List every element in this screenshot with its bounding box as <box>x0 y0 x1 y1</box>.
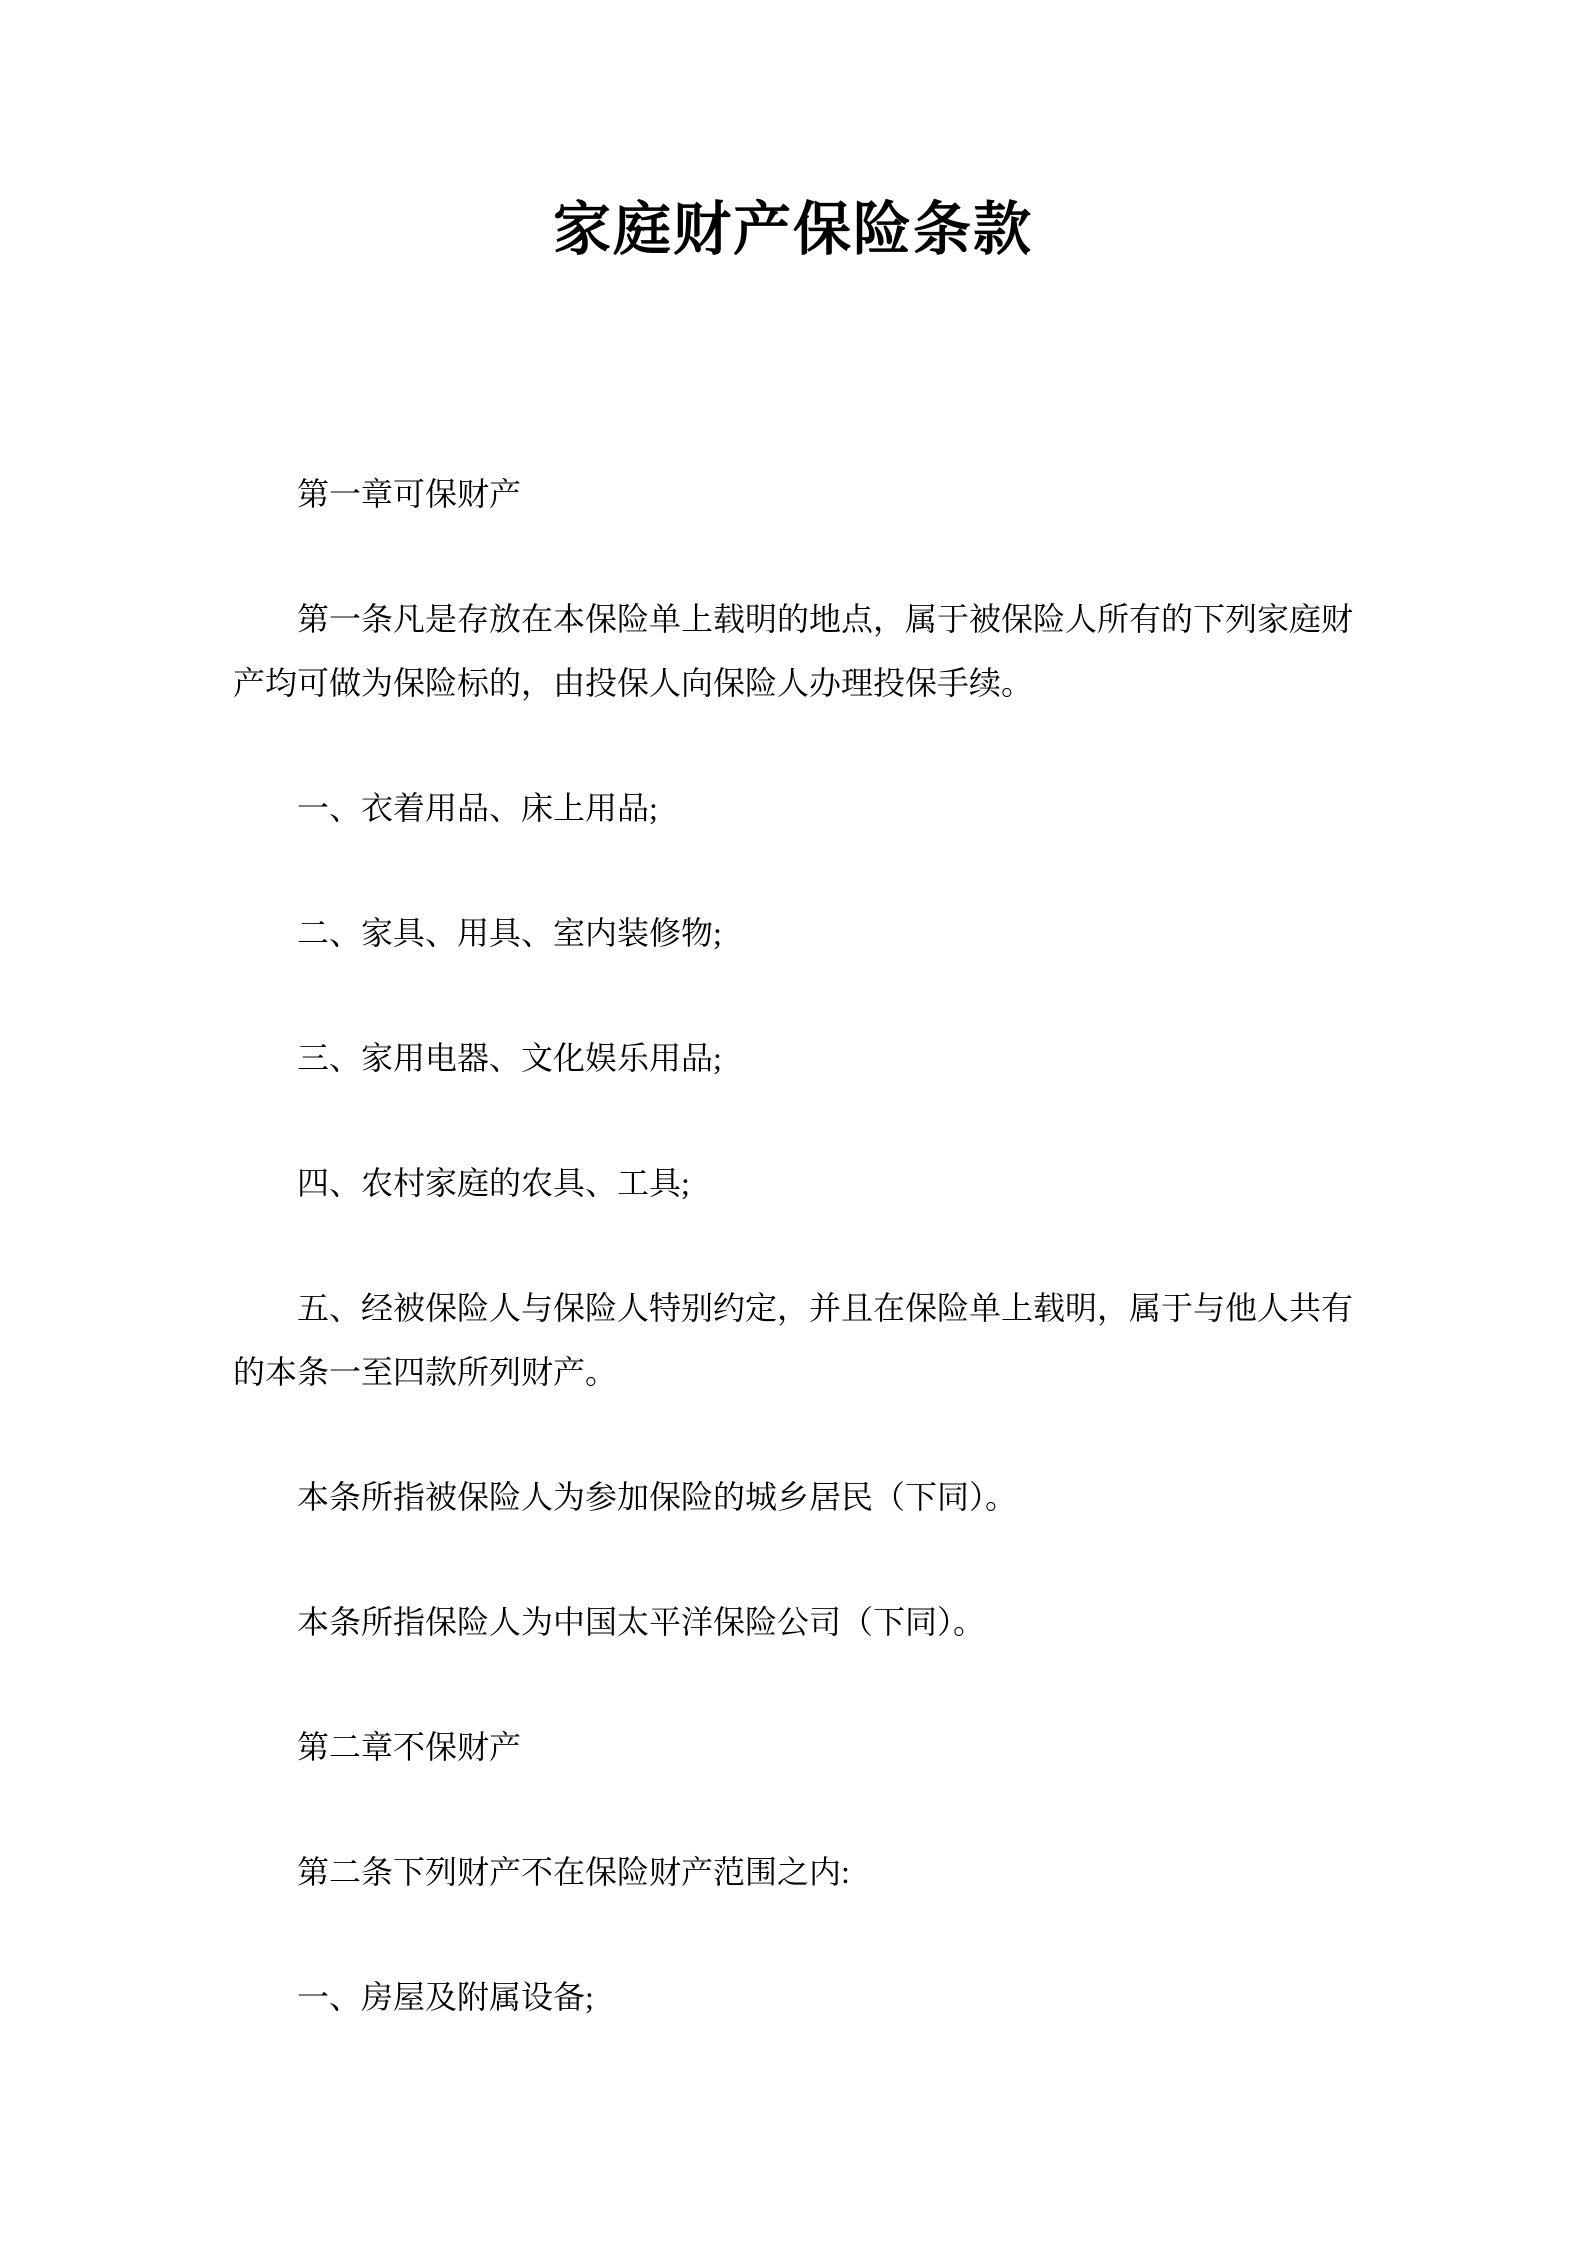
list-item-5: 五、经被保险人与保险人特别约定，并且在保险单上载明，属于与他人共有 的本条一至四… <box>233 1276 1353 1404</box>
text-line: 三、家用电器、文化娱乐用品; <box>233 1026 1353 1090</box>
text-line: 一、房屋及附属设备; <box>233 1965 1353 2029</box>
chapter-2-heading: 第二章不保财产 <box>233 1715 1353 1779</box>
list-item-1: 一、衣着用品、床上用品; <box>233 776 1353 840</box>
text-line: 第二条下列财产不在保险财产范围之内: <box>233 1840 1353 1904</box>
list-item-4: 四、农村家庭的农具、工具; <box>233 1151 1353 1215</box>
paragraph-article-1: 第一条凡是存放在本保险单上载明的地点，属于被保险人所有的下列家庭财 产均可做为保… <box>233 587 1353 715</box>
text-line: 的本条一至四款所列财产。 <box>233 1340 1353 1404</box>
text-line: 五、经被保险人与保险人特别约定，并且在保险单上载明，属于与他人共有 <box>233 1276 1353 1340</box>
document-content: 家庭财产保险条款 第一章可保财产 第一条凡是存放在本保险单上载明的地点，属于被保… <box>0 0 1586 2029</box>
text-line: 第二章不保财产 <box>233 1715 1353 1779</box>
paragraph-article-2: 第二条下列财产不在保险财产范围之内: <box>233 1840 1353 1904</box>
text-line: 第一章可保财产 <box>233 462 1353 526</box>
text-line: 本条所指保险人为中国太平洋保险公司（下同）。 <box>233 1590 1353 1654</box>
text-line: 第一条凡是存放在本保险单上载明的地点，属于被保险人所有的下列家庭财 <box>233 587 1353 651</box>
text-line: 产均可做为保险标的，由投保人向保险人办理投保手续。 <box>233 651 1353 715</box>
text-line: 本条所指被保险人为参加保险的城乡居民（下同）。 <box>233 1465 1353 1529</box>
text-line: 四、农村家庭的农具、工具; <box>233 1151 1353 1215</box>
text-line: 一、衣着用品、床上用品; <box>233 776 1353 840</box>
text-line: 二、家具、用具、室内装修物; <box>233 901 1353 965</box>
paragraph-insurer-definition: 本条所指保险人为中国太平洋保险公司（下同）。 <box>233 1590 1353 1654</box>
paragraph-insured-definition: 本条所指被保险人为参加保险的城乡居民（下同）。 <box>233 1465 1353 1529</box>
document-page: 家庭财产保险条款 第一章可保财产 第一条凡是存放在本保险单上载明的地点，属于被保… <box>0 0 1586 2244</box>
document-title: 家庭财产保险条款 <box>233 0 1353 263</box>
chapter-1-heading: 第一章可保财产 <box>233 462 1353 526</box>
excluded-list-item-1: 一、房屋及附属设备; <box>233 1965 1353 2029</box>
list-item-2: 二、家具、用具、室内装修物; <box>233 901 1353 965</box>
list-item-3: 三、家用电器、文化娱乐用品; <box>233 1026 1353 1090</box>
